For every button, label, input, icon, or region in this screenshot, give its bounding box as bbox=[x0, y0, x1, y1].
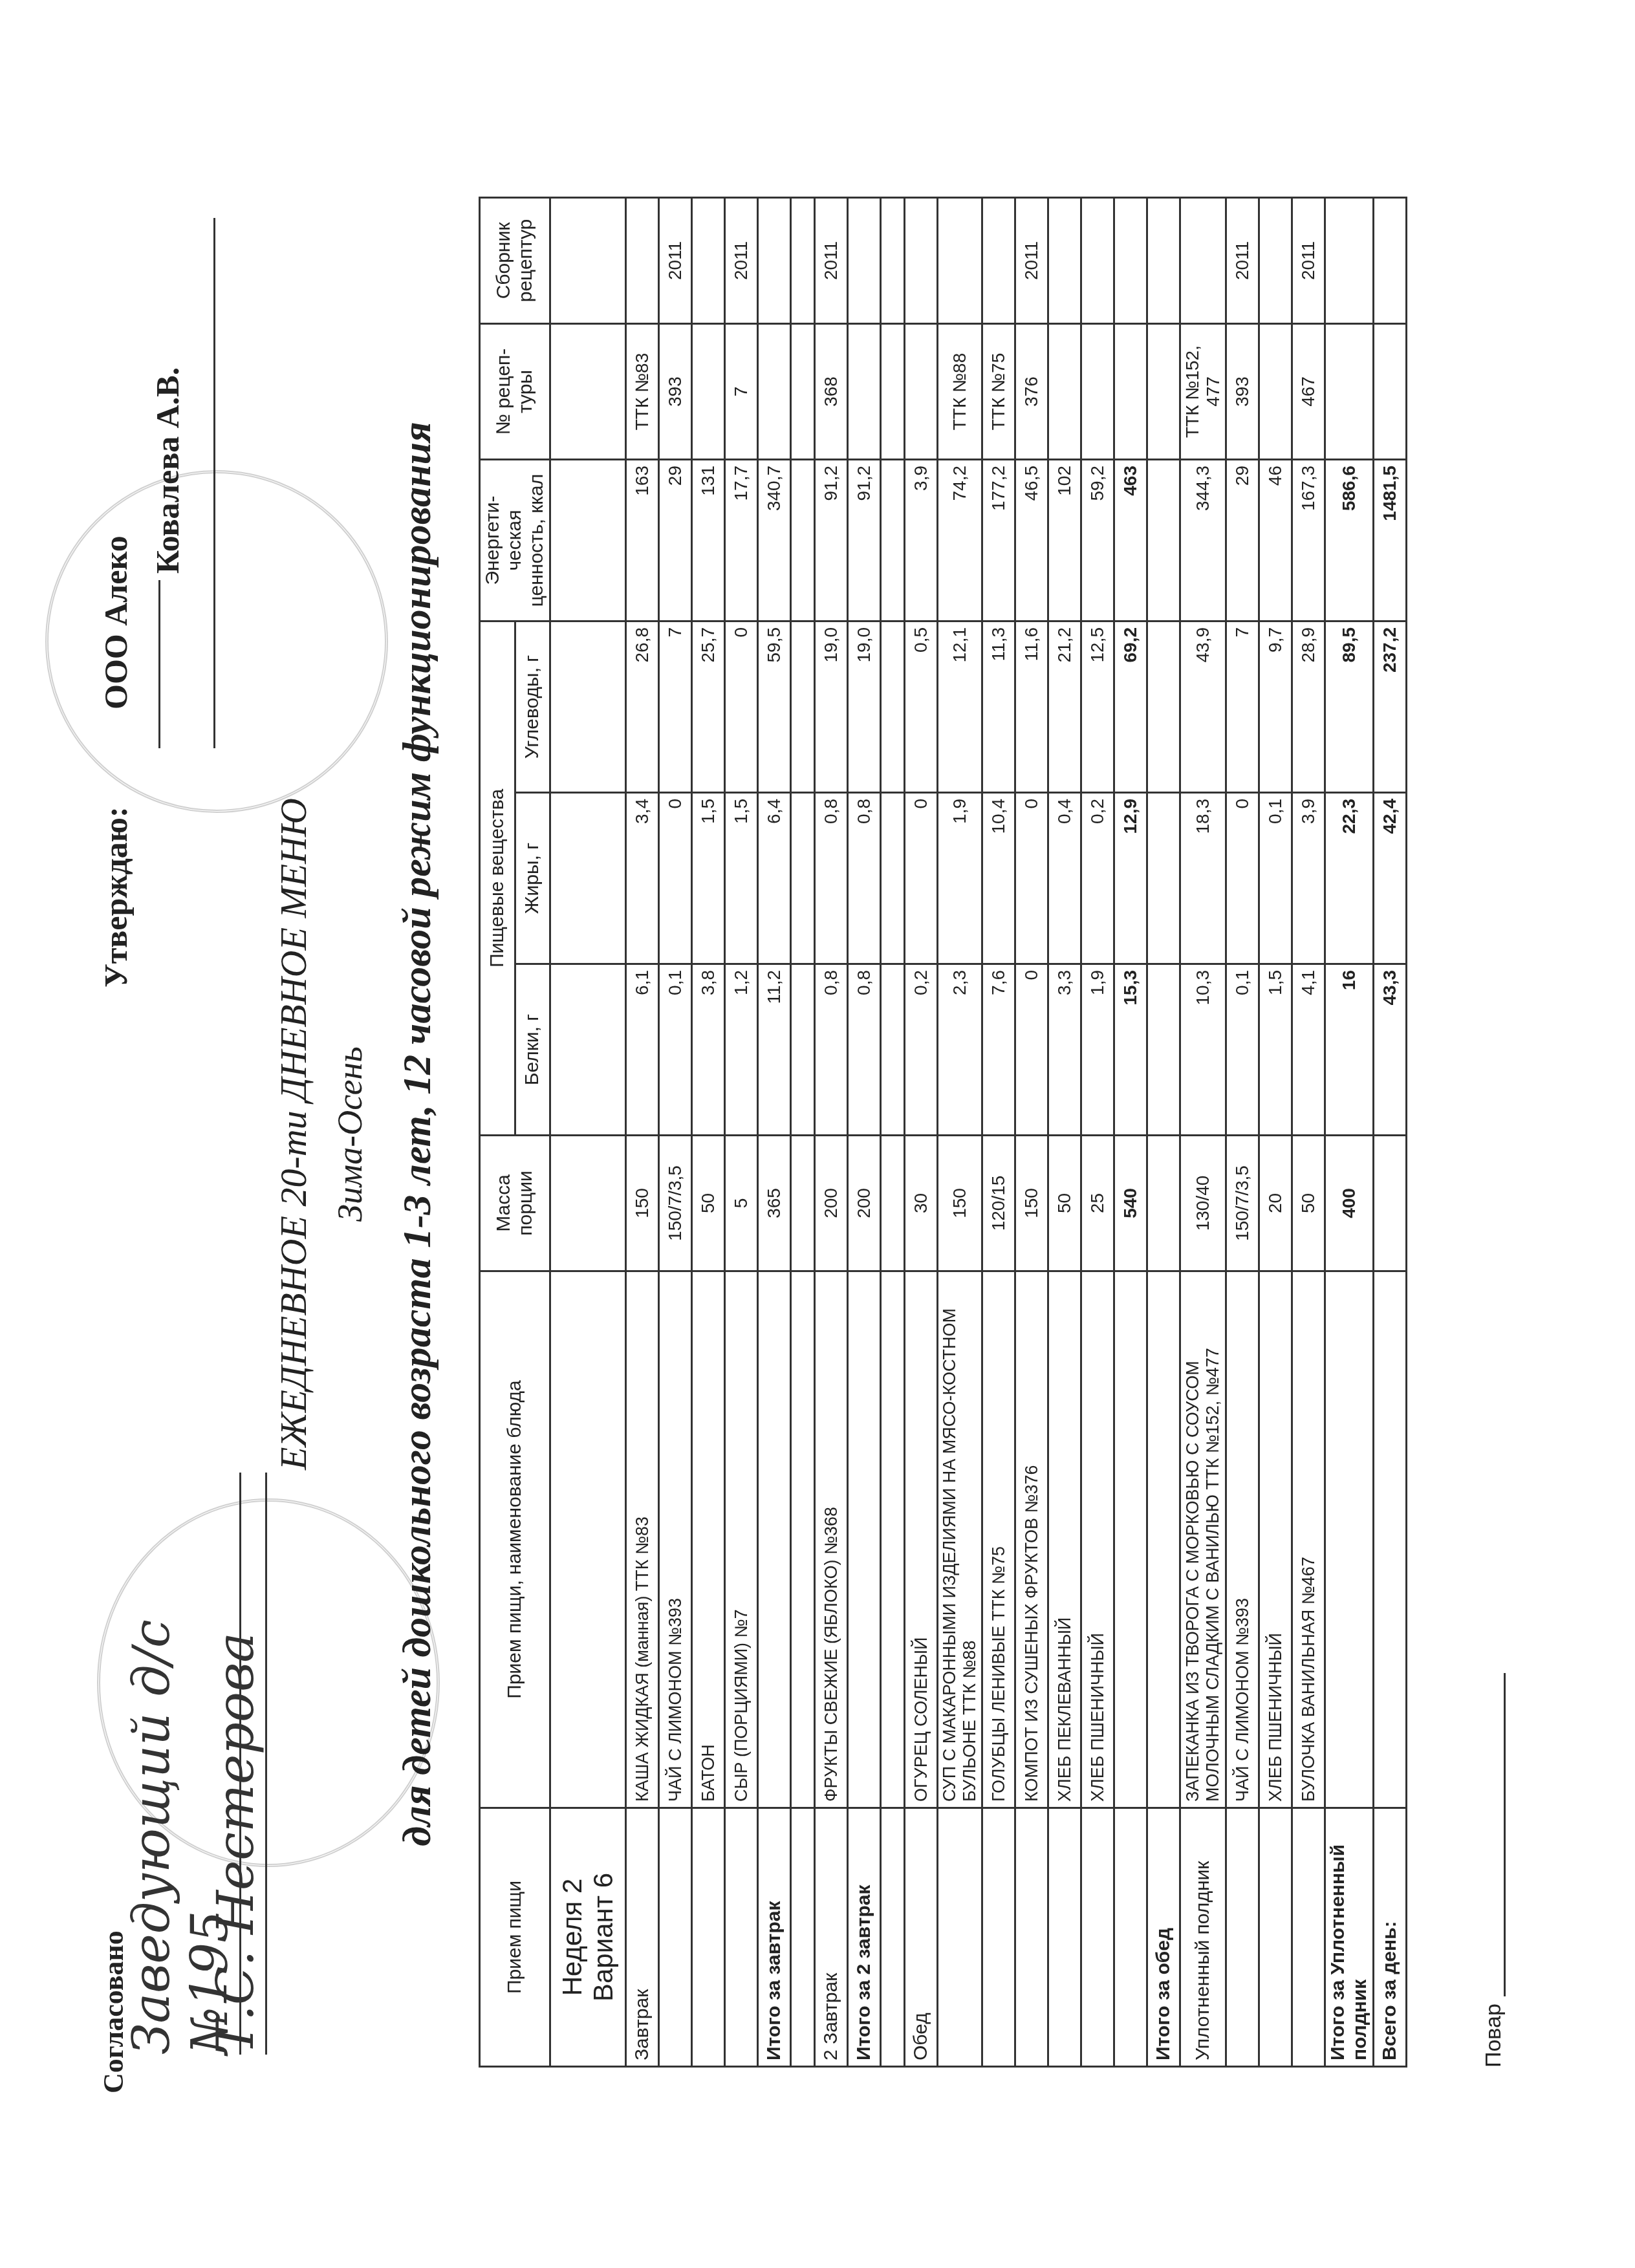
cell-meal: Итого за обед bbox=[1147, 1808, 1180, 2067]
cell-carbs: 28,9 bbox=[1292, 621, 1325, 793]
cell-book: 2011 bbox=[815, 198, 848, 324]
cell-dish bbox=[1147, 1271, 1180, 1808]
cell-fat bbox=[881, 793, 905, 964]
cell-carbs: 237,2 bbox=[1374, 621, 1407, 793]
cell-mass: 130/40 bbox=[1180, 1136, 1226, 1271]
cell-fat: 0 bbox=[905, 793, 938, 964]
cell-dish: СЫР (ПОРЦИЯМИ) №7 bbox=[725, 1271, 758, 1808]
cell-fat: 0 bbox=[1015, 793, 1048, 964]
cell-recipe-no bbox=[1374, 324, 1407, 460]
cell-carbs: 0,5 bbox=[905, 621, 938, 793]
cell-book bbox=[1081, 198, 1114, 324]
cell-mass: 150/7/3,5 bbox=[1226, 1136, 1259, 1271]
cell-recipe-no bbox=[905, 324, 938, 460]
cell-recipe-no: ТТК №83 bbox=[626, 324, 659, 460]
cell-protein: 15,3 bbox=[1114, 964, 1147, 1136]
cell-dish: ОГУРЕЦ СОЛЕНЫЙ bbox=[905, 1271, 938, 1808]
cell-meal bbox=[725, 1808, 758, 2067]
cell-meal: 2 Завтрак bbox=[815, 1808, 848, 2067]
cell-book: 2011 bbox=[659, 198, 692, 324]
cell-dish bbox=[881, 1271, 905, 1808]
cell-mass bbox=[1147, 1136, 1180, 1271]
cell-mass: 150 bbox=[938, 1136, 982, 1271]
cell-protein: 0,8 bbox=[848, 964, 881, 1136]
cell-fat: 1,5 bbox=[692, 793, 725, 964]
cell-meal bbox=[791, 1808, 815, 2067]
cell-meal bbox=[1048, 1808, 1081, 2067]
cell-recipe-no bbox=[1259, 324, 1292, 460]
cell-mass: 120/15 bbox=[982, 1136, 1015, 1271]
cell-book bbox=[1147, 198, 1180, 324]
cell-dish: ХЛЕБ ПШЕНИЧНЫЙ bbox=[1081, 1271, 1114, 1808]
cell-fat: 0,2 bbox=[1081, 793, 1114, 964]
menu-table: Прием пищи Прием пищи, наименование блюд… bbox=[479, 197, 1407, 2068]
week-label: Неделя 2 bbox=[557, 1814, 588, 2060]
cell-book bbox=[881, 198, 905, 324]
cell-fat: 22,3 bbox=[1325, 793, 1374, 964]
cell-recipe-no bbox=[1114, 324, 1147, 460]
cell-recipe-no: 393 bbox=[1226, 324, 1259, 460]
cell-protein bbox=[1147, 964, 1180, 1136]
document-subtitle: для детей дошкольного возраста 1-3 лет, … bbox=[395, 0, 440, 2268]
cell-meal: Уплотненный полдник bbox=[1180, 1808, 1226, 2067]
col-fat: Жиры, г bbox=[515, 793, 550, 964]
cell-protein: 6,1 bbox=[626, 964, 659, 1136]
cell-energy bbox=[791, 460, 815, 621]
cell-protein: 7,6 bbox=[982, 964, 1015, 1136]
cell-energy: 74,2 bbox=[938, 460, 982, 621]
cell-book bbox=[982, 198, 1015, 324]
cell-energy: 177,2 bbox=[982, 460, 1015, 621]
cell-mass: 20 bbox=[1259, 1136, 1292, 1271]
cell-meal: Итого за Уплотненный полдник bbox=[1325, 1808, 1374, 2067]
cell-energy: 1481,5 bbox=[1374, 460, 1407, 621]
cell-mass: 540 bbox=[1114, 1136, 1147, 1271]
cell-fat: 0,8 bbox=[848, 793, 881, 964]
cell-protein: 11,2 bbox=[758, 964, 791, 1136]
cell-energy bbox=[1147, 460, 1180, 621]
table-row: 2 ЗавтракФРУКТЫ СВЕЖИЕ (ЯБЛОКО) №3682000… bbox=[815, 198, 848, 2067]
cell-recipe-no bbox=[1081, 324, 1114, 460]
cell-carbs: 43,9 bbox=[1180, 621, 1226, 793]
cell-dish: ГОЛУБЦЫ ЛЕНИВЫЕ ТТК №75 bbox=[982, 1271, 1015, 1808]
cell-mass: 200 bbox=[848, 1136, 881, 1271]
cell-carbs: 21,2 bbox=[1048, 621, 1081, 793]
cook-signature-line bbox=[1504, 1673, 1506, 1996]
cell-mass: 50 bbox=[692, 1136, 725, 1271]
cell-meal bbox=[659, 1808, 692, 2067]
cell-energy: 29 bbox=[1226, 460, 1259, 621]
cell-recipe-no bbox=[791, 324, 815, 460]
cell-mass: 50 bbox=[1048, 1136, 1081, 1271]
cell-recipe-no: 467 bbox=[1292, 324, 1325, 460]
cell-mass: 30 bbox=[905, 1136, 938, 1271]
cell-meal bbox=[881, 1808, 905, 2067]
cell-carbs: 26,8 bbox=[626, 621, 659, 793]
cell-energy: 163 bbox=[626, 460, 659, 621]
spacer-row bbox=[791, 198, 815, 2067]
cell-mass: 400 bbox=[1325, 1136, 1374, 1271]
cell-mass: 150 bbox=[626, 1136, 659, 1271]
cell-dish: БАТОН bbox=[692, 1271, 725, 1808]
cell-book bbox=[1048, 198, 1081, 324]
cell-mass bbox=[881, 1136, 905, 1271]
table-row: ЧАЙ С ЛИМОНОМ №393150/7/3,50,10729393201… bbox=[659, 198, 692, 2067]
cell-recipe-no: ТТК №152, 477 bbox=[1180, 324, 1226, 460]
cell-protein: 0 bbox=[1015, 964, 1048, 1136]
week-variant-row: Неделя 2 Вариант 6 bbox=[550, 198, 626, 2067]
cell-protein: 0,1 bbox=[1226, 964, 1259, 1136]
cell-dish bbox=[791, 1271, 815, 1808]
cell-mass bbox=[791, 1136, 815, 1271]
total-row: Всего за день:43,342,4237,21481,5 bbox=[1374, 198, 1407, 2067]
cell-recipe-no bbox=[1325, 324, 1374, 460]
cell-carbs bbox=[1147, 621, 1180, 793]
cell-dish bbox=[1114, 1271, 1147, 1808]
signature-line bbox=[213, 218, 215, 748]
cell-carbs: 19,0 bbox=[848, 621, 881, 793]
table-row: БАТОН503,81,525,7131 bbox=[692, 198, 725, 2067]
cell-dish bbox=[848, 1271, 881, 1808]
cell-book bbox=[848, 198, 881, 324]
cell-carbs: 12,5 bbox=[1081, 621, 1114, 793]
agreed-signatory-name: Т.С. Нестерова bbox=[207, 1473, 267, 2055]
cell-fat: 0 bbox=[1226, 793, 1259, 964]
cell-carbs: 25,7 bbox=[692, 621, 725, 793]
cell-carbs bbox=[881, 621, 905, 793]
cell-mass: 5 bbox=[725, 1136, 758, 1271]
document-title: ЕЖЕДНЕВНОЕ 20-ти ДНЕВНОЕ МЕНЮ bbox=[272, 0, 315, 2268]
cell-carbs: 7 bbox=[1226, 621, 1259, 793]
table-row: ГОЛУБЦЫ ЛЕНИВЫЕ ТТК №75120/157,610,411,3… bbox=[982, 198, 1015, 2067]
cell-fat: 0 bbox=[659, 793, 692, 964]
cell-protein bbox=[881, 964, 905, 1136]
cell-protein: 16 bbox=[1325, 964, 1374, 1136]
cell-meal: Обед bbox=[905, 1808, 938, 2067]
cell-dish: КОМПОТ ИЗ СУШЕНЫХ ФРУКТОВ №376 bbox=[1015, 1271, 1048, 1808]
cell-book bbox=[1325, 198, 1374, 324]
cell-recipe-no: 393 bbox=[659, 324, 692, 460]
variant-label: Вариант 6 bbox=[588, 1814, 619, 2060]
cell-dish bbox=[1325, 1271, 1374, 1808]
cell-carbs: 12,1 bbox=[938, 621, 982, 793]
cell-carbs: 59,5 bbox=[758, 621, 791, 793]
cell-carbs: 19,0 bbox=[815, 621, 848, 793]
cell-recipe-no bbox=[1147, 324, 1180, 460]
cell-protein: 1,5 bbox=[1259, 964, 1292, 1136]
cell-recipe-no bbox=[758, 324, 791, 460]
cell-dish: ЧАЙ С ЛИМОНОМ №393 bbox=[659, 1271, 692, 1808]
cell-energy: 340,7 bbox=[758, 460, 791, 621]
cell-fat: 42,4 bbox=[1374, 793, 1407, 964]
cell-meal: Итого за завтрак bbox=[758, 1808, 791, 2067]
cell-energy: 344,3 bbox=[1180, 460, 1226, 621]
cell-energy: 46 bbox=[1259, 460, 1292, 621]
cell-dish: СУП С МАКАРОННЫМИ ИЗДЕЛИЯМИ НА МЯСО-КОСТ… bbox=[938, 1271, 982, 1808]
cell-recipe-no bbox=[848, 324, 881, 460]
cell-fat: 10,4 bbox=[982, 793, 1015, 964]
cell-fat: 6,4 bbox=[758, 793, 791, 964]
cell-recipe-no: ТТК №88 bbox=[938, 324, 982, 460]
cell-fat: 18,3 bbox=[1180, 793, 1226, 964]
cell-mass bbox=[1374, 1136, 1407, 1271]
cell-dish: ЗАПЕКАНКА ИЗ ТВОРОГА С МОРКОВЬЮ С СОУСОМ… bbox=[1180, 1271, 1226, 1808]
cell-recipe-no bbox=[881, 324, 905, 460]
table-row: Уплотненный полдникЗАПЕКАНКА ИЗ ТВОРОГА … bbox=[1180, 198, 1226, 2067]
cell-dish: БУЛОЧКА ВАНИЛЬНАЯ №467 bbox=[1292, 1271, 1325, 1808]
cell-mass: 25 bbox=[1081, 1136, 1114, 1271]
total-row: Итого за 2 завтрак2000,80,819,091,2 bbox=[848, 198, 881, 2067]
cell-recipe-no: 376 bbox=[1015, 324, 1048, 460]
table-row: 54015,312,969,2463 bbox=[1114, 198, 1147, 2067]
cell-energy: 586,6 bbox=[1325, 460, 1374, 621]
cell-protein: 4,1 bbox=[1292, 964, 1325, 1136]
col-nutrients: Пищевые вещества bbox=[480, 621, 515, 1136]
cook-label: Повар bbox=[1481, 2003, 1506, 2068]
cell-fat: 3,9 bbox=[1292, 793, 1325, 964]
total-row: Итого за Уплотненный полдник4001622,389,… bbox=[1325, 198, 1374, 2067]
cell-protein: 0,2 bbox=[905, 964, 938, 1136]
cell-fat: 1,9 bbox=[938, 793, 982, 964]
cell-dish: ХЛЕБ ПШЕНИЧНЫЙ bbox=[1259, 1271, 1292, 1808]
cell-recipe-no bbox=[1048, 324, 1081, 460]
cell-carbs bbox=[791, 621, 815, 793]
spacer-row bbox=[881, 198, 905, 2067]
cell-carbs: 9,7 bbox=[1259, 621, 1292, 793]
cell-protein: 3,8 bbox=[692, 964, 725, 1136]
cell-fat: 12,9 bbox=[1114, 793, 1147, 964]
cell-protein: 0,1 bbox=[659, 964, 692, 1136]
cell-book: 2011 bbox=[1226, 198, 1259, 324]
cell-book bbox=[905, 198, 938, 324]
col-meal: Прием пищи bbox=[480, 1808, 550, 2067]
cell-mass: 200 bbox=[815, 1136, 848, 1271]
cell-fat: 1,5 bbox=[725, 793, 758, 964]
col-protein: Белки, г bbox=[515, 964, 550, 1136]
cell-energy bbox=[881, 460, 905, 621]
cell-energy: 17,7 bbox=[725, 460, 758, 621]
cell-book bbox=[1114, 198, 1147, 324]
cell-carbs: 7 bbox=[659, 621, 692, 793]
cell-energy: 29 bbox=[659, 460, 692, 621]
cell-book bbox=[1374, 198, 1407, 324]
cell-fat: 3,4 bbox=[626, 793, 659, 964]
week-variant-cell: Неделя 2 Вариант 6 bbox=[550, 1808, 626, 2067]
cell-fat bbox=[1147, 793, 1180, 964]
cell-dish bbox=[758, 1271, 791, 1808]
cell-book bbox=[1259, 198, 1292, 324]
cell-energy: 59,2 bbox=[1081, 460, 1114, 621]
cell-protein: 1,2 bbox=[725, 964, 758, 1136]
cell-book: 2011 bbox=[725, 198, 758, 324]
cell-mass: 50 bbox=[1292, 1136, 1325, 1271]
cell-meal bbox=[1292, 1808, 1325, 2067]
cell-energy: 91,2 bbox=[815, 460, 848, 621]
cell-dish bbox=[1374, 1271, 1407, 1808]
cell-carbs: 69,2 bbox=[1114, 621, 1147, 793]
cell-recipe-no: 368 bbox=[815, 324, 848, 460]
cell-book bbox=[1180, 198, 1226, 324]
cell-energy: 102 bbox=[1048, 460, 1081, 621]
table-row: СУП С МАКАРОННЫМИ ИЗДЕЛИЯМИ НА МЯСО-КОСТ… bbox=[938, 198, 982, 2067]
cell-meal bbox=[692, 1808, 725, 2067]
cell-carbs: 11,6 bbox=[1015, 621, 1048, 793]
cell-energy: 463 bbox=[1114, 460, 1147, 621]
menu-rows: ЗавтракКАША ЖИДКАЯ (манная) ТТК №831506,… bbox=[626, 198, 1407, 2067]
col-energy: Энергети-ческая ценность, ккал bbox=[480, 460, 550, 621]
cell-book bbox=[692, 198, 725, 324]
table-row: СЫР (ПОРЦИЯМИ) №751,21,5017,772011 bbox=[725, 198, 758, 2067]
table-row: ХЛЕБ ПШЕНИЧНЫЙ201,50,19,746 bbox=[1259, 198, 1292, 2067]
cell-protein: 10,3 bbox=[1180, 964, 1226, 1136]
cell-fat bbox=[791, 793, 815, 964]
cell-protein: 1,9 bbox=[1081, 964, 1114, 1136]
cell-carbs: 0 bbox=[725, 621, 758, 793]
total-row: Итого за обед bbox=[1147, 198, 1180, 2067]
signature-line bbox=[158, 580, 160, 748]
table-row: ХЛЕБ ПШЕНИЧНЫЙ251,90,212,559,2 bbox=[1081, 198, 1114, 2067]
cell-fat: 0,1 bbox=[1259, 793, 1292, 964]
cell-protein: 0,8 bbox=[815, 964, 848, 1136]
col-recipe-book: Сборник рецептур bbox=[480, 198, 550, 324]
cell-fat: 0,4 bbox=[1048, 793, 1081, 964]
cell-dish: КАША ЖИДКАЯ (манная) ТТК №83 bbox=[626, 1271, 659, 1808]
cell-meal: Завтрак bbox=[626, 1808, 659, 2067]
cell-book bbox=[626, 198, 659, 324]
cell-meal bbox=[1114, 1808, 1147, 2067]
cell-protein: 3,3 bbox=[1048, 964, 1081, 1136]
table-row: ЗавтракКАША ЖИДКАЯ (манная) ТТК №831506,… bbox=[626, 198, 659, 2067]
cell-recipe-no: 7 bbox=[725, 324, 758, 460]
col-carbs: Углеводы, г bbox=[515, 621, 550, 793]
cell-carbs: 89,5 bbox=[1325, 621, 1374, 793]
document-page: Согласовано Заведующий д/с №195 Т.С. Нес… bbox=[0, 0, 1635, 2268]
cell-protein: 43,3 bbox=[1374, 964, 1407, 1136]
total-row: Итого за завтрак36511,26,459,5340,7 bbox=[758, 198, 791, 2067]
season-label: Зима-Осень bbox=[330, 0, 370, 2268]
cell-book: 2011 bbox=[1292, 198, 1325, 324]
cell-mass: 150/7/3,5 bbox=[659, 1136, 692, 1271]
table-row: КОМПОТ ИЗ СУШЕНЫХ ФРУКТОВ №3761500011,64… bbox=[1015, 198, 1048, 2067]
cell-energy: 167,3 bbox=[1292, 460, 1325, 621]
approved-organization: ООО Алеко bbox=[97, 535, 135, 709]
cell-recipe-no: ТТК №75 bbox=[982, 324, 1015, 460]
approved-label: Утверждаю: bbox=[97, 806, 135, 988]
approved-signatory-name: Ковалева А.В. bbox=[149, 367, 186, 574]
cell-meal bbox=[1015, 1808, 1048, 2067]
cell-meal bbox=[1226, 1808, 1259, 2067]
cell-mass: 365 bbox=[758, 1136, 791, 1271]
cell-meal bbox=[1081, 1808, 1114, 2067]
cell-protein: 2,3 bbox=[938, 964, 982, 1136]
cell-recipe-no bbox=[692, 324, 725, 460]
table-row: БУЛОЧКА ВАНИЛЬНАЯ №467504,13,928,9167,34… bbox=[1292, 198, 1325, 2067]
cell-carbs: 11,3 bbox=[982, 621, 1015, 793]
cell-energy: 46,5 bbox=[1015, 460, 1048, 621]
cell-book: 2011 bbox=[1015, 198, 1048, 324]
cell-book bbox=[791, 198, 815, 324]
table-row: ОбедОГУРЕЦ СОЛЕНЫЙ300,200,53,9 bbox=[905, 198, 938, 2067]
col-recipe-no: № рецеп-туры bbox=[480, 324, 550, 460]
table-row: ХЛЕБ ПЕКЛЕВАННЫЙ503,30,421,2102 bbox=[1048, 198, 1081, 2067]
col-mass: Масса порции bbox=[480, 1136, 550, 1271]
cell-meal: Всего за день: bbox=[1374, 1808, 1407, 2067]
cell-book bbox=[938, 198, 982, 324]
cell-mass: 150 bbox=[1015, 1136, 1048, 1271]
cell-protein bbox=[791, 964, 815, 1136]
cell-dish: ФРУКТЫ СВЕЖИЕ (ЯБЛОКО) №368 bbox=[815, 1271, 848, 1808]
header-row: Прием пищи Прием пищи, наименование блюд… bbox=[480, 198, 515, 2067]
cell-meal bbox=[1259, 1808, 1292, 2067]
table-row: ЧАЙ С ЛИМОНОМ №393150/7/3,50,10729393201… bbox=[1226, 198, 1259, 2067]
cell-energy: 3,9 bbox=[905, 460, 938, 621]
cell-fat: 0,8 bbox=[815, 793, 848, 964]
cell-book bbox=[758, 198, 791, 324]
cell-dish: ЧАЙ С ЛИМОНОМ №393 bbox=[1226, 1271, 1259, 1808]
col-dish: Прием пищи, наименование блюда bbox=[480, 1271, 550, 1808]
cell-meal bbox=[982, 1808, 1015, 2067]
cell-energy: 131 bbox=[692, 460, 725, 621]
cell-meal: Итого за 2 завтрак bbox=[848, 1808, 881, 2067]
cell-energy: 91,2 bbox=[848, 460, 881, 621]
cell-dish: ХЛЕБ ПЕКЛЕВАННЫЙ bbox=[1048, 1271, 1081, 1808]
cell-meal bbox=[938, 1808, 982, 2067]
